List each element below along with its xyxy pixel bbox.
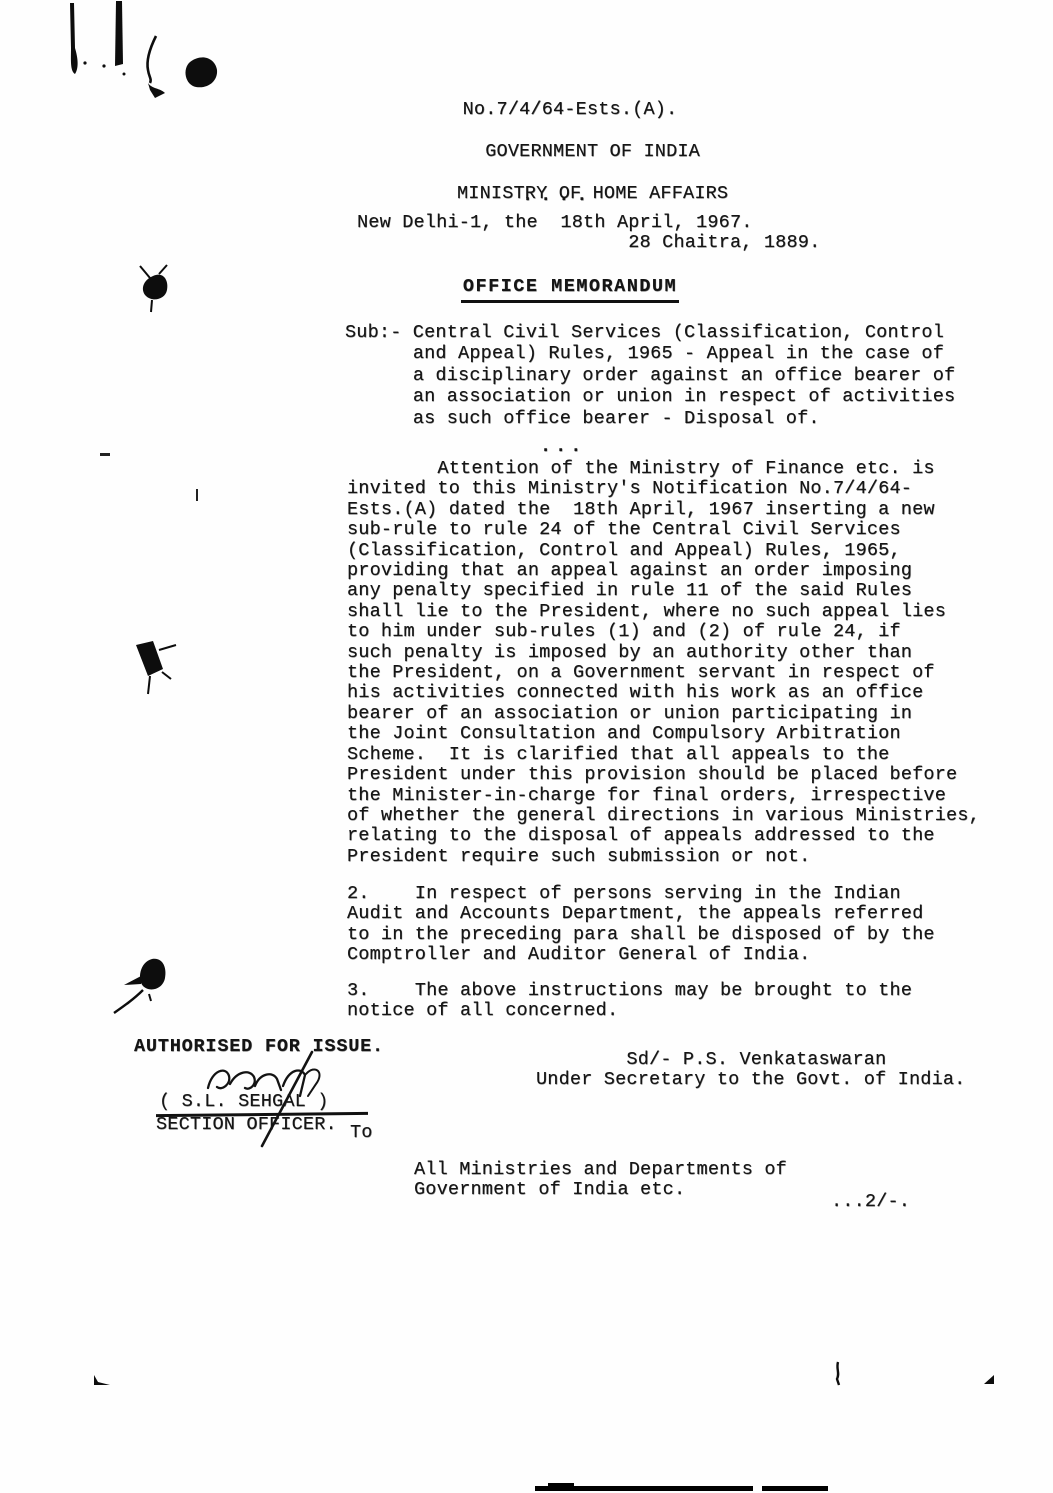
signed-by-block: Sd/- P.S. Venkataswaran Under Secretary … xyxy=(536,1050,965,1091)
reference-number: No.7/4/64-Ests.(A). xyxy=(463,99,678,120)
ink-blot-1 xyxy=(128,258,183,313)
signatory-name: ( S.L. SEHGAL ) xyxy=(159,1092,329,1112)
paragraph-3: 3. The above instructions may be brought… xyxy=(347,981,912,1022)
paragraph-2: 2. In respect of persons serving in the … xyxy=(347,884,935,966)
page-continuation-marker: ...2/-. xyxy=(831,1192,910,1212)
paragraph-1: Attention of the Ministry of Finance etc… xyxy=(347,459,980,867)
corner-mark-bottom-left xyxy=(92,1374,112,1388)
ink-blot-2 xyxy=(118,632,183,697)
org-name: GOVERNMENT OF INDIA xyxy=(485,141,700,162)
separator-dots-top: .... xyxy=(522,186,594,206)
address-block: All Ministries and Departments of Govern… xyxy=(414,1160,787,1201)
subject-block: Sub:- Central Civil Services (Classifica… xyxy=(345,322,955,429)
dateline: New Delhi-1, the 18th April, 1967. 28 Ch… xyxy=(357,213,820,254)
scan-edge-bar-notch xyxy=(548,1483,574,1487)
to-label: To xyxy=(350,1123,373,1143)
stray-dash-mark xyxy=(100,453,110,456)
ink-blot-3 xyxy=(112,948,187,1018)
pen-marks-top-left xyxy=(52,0,222,115)
signatory-title: SECTION OFFICER. xyxy=(156,1115,337,1135)
scanned-office-memorandum-page: No.7/4/64-Ests.(A). GOVERNMENT OF INDIA … xyxy=(0,0,1053,1493)
corner-mark-bottom-right xyxy=(982,1373,996,1386)
pen-tick-bottom-right xyxy=(832,1360,844,1388)
title-row: OFFICE MEMORANDUM xyxy=(90,276,1050,303)
stray-tick-mark xyxy=(196,489,198,501)
separator-dots-mid: ... xyxy=(540,437,585,457)
document-title: OFFICE MEMORANDUM xyxy=(461,276,679,303)
scan-edge-bar-right xyxy=(762,1486,828,1491)
